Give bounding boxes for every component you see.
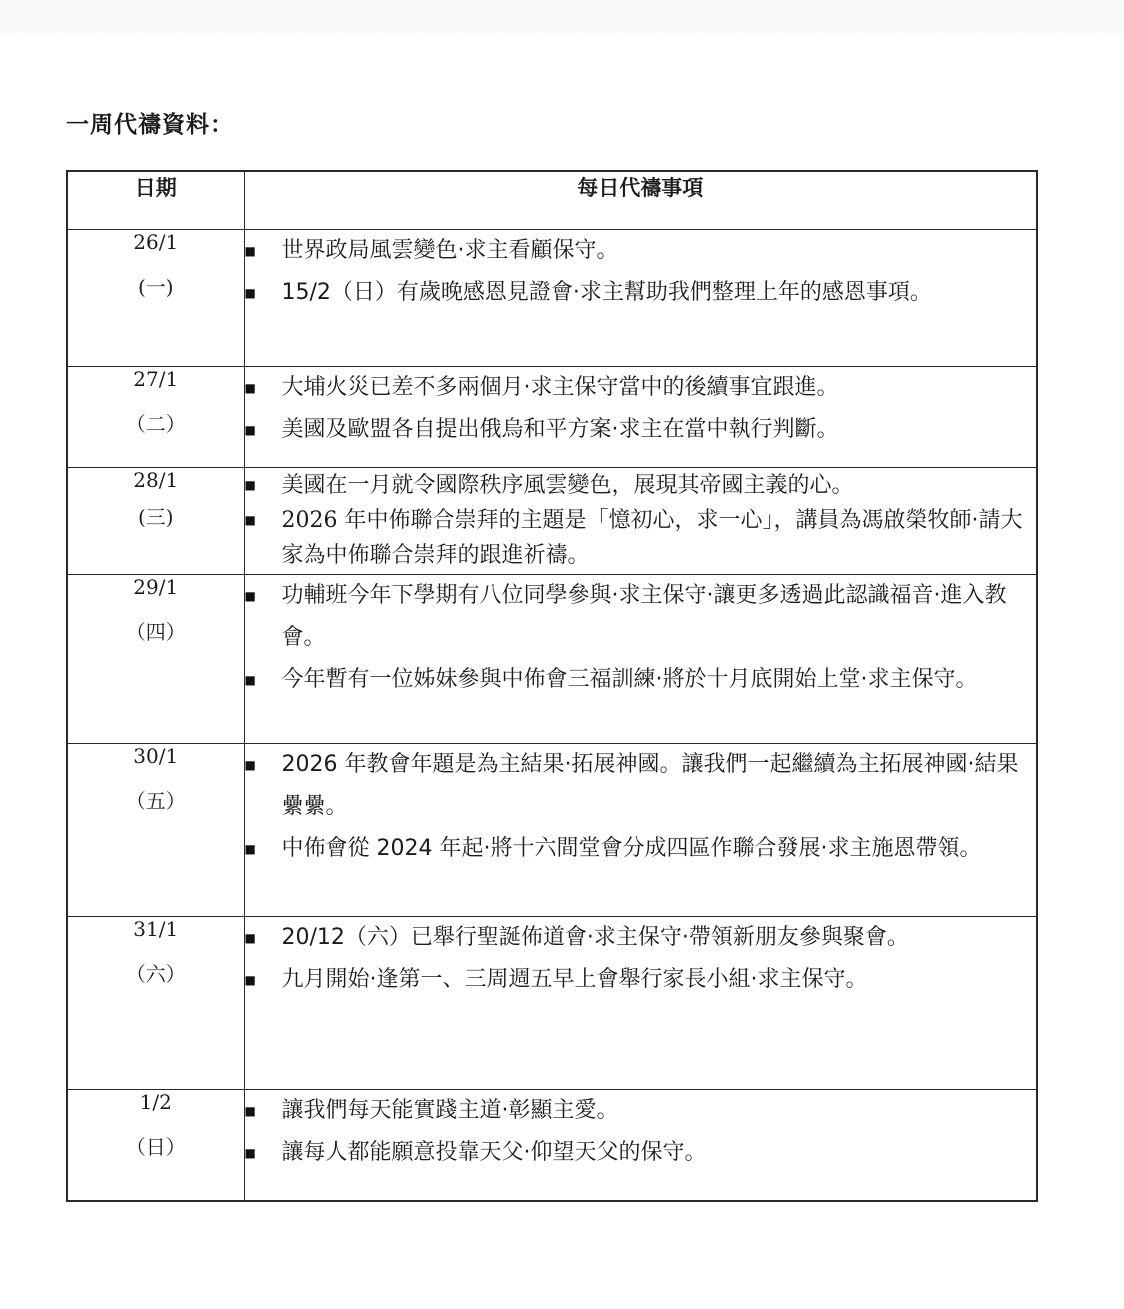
- bullet-square-icon: ■: [245, 959, 282, 1001]
- prayer-item-text: 美國在一月就令國際秩序風雲變色，展現其帝國主義的心。: [282, 468, 1037, 503]
- weekday-label: (三): [68, 501, 244, 530]
- bullet-square-icon: ■: [245, 503, 282, 538]
- weekday-label: （六）: [68, 958, 244, 987]
- weekday-label: (一): [68, 271, 244, 300]
- prayer-item: ■ 九月開始·逢第一、三周週五早上會舉行家長小組·求主保守。: [245, 959, 1037, 1001]
- table-row: 1/2 （日） ■ 讓我們每天能實踐主道·彰顯主愛。 ■ 讓每人都能願意投靠天父…: [67, 1090, 1037, 1202]
- weekday-label: （五）: [68, 785, 244, 814]
- date-label: 30/1: [133, 744, 178, 768]
- date-label: 29/1: [133, 575, 178, 599]
- prayer-item: ■ 15/2（日）有歲晚感恩見證會·求主幫助我們整理上年的感恩事項。: [245, 272, 1037, 314]
- prayer-item: ■ 2026 年教會年題是為主結果·拓展神國。讓我們一起繼續為主拓展神國·結果纍…: [245, 744, 1037, 828]
- date-label: 31/1: [133, 917, 178, 941]
- prayer-item-text-serif-part: 2026 年中佈聯合崇拜的主題是「憶初心，求一心」，講員為馮: [282, 508, 884, 533]
- bullet-square-icon: ■: [245, 828, 282, 870]
- prayer-item-text: 讓每人都能願意投靠天父·仰望天父的保守。: [282, 1132, 1037, 1174]
- table-row: 30/1 （五） ■ 2026 年教會年題是為主結果·拓展神國。讓我們一起繼續為…: [67, 744, 1037, 917]
- column-header-date: 日期: [67, 171, 244, 230]
- table-row: 27/1 （二） ■ 大埔火災已差不多兩個月·求主保守當中的後續事宜跟進。 ■ …: [67, 367, 1037, 468]
- prayer-items-cell: ■ 世界政局風雲變色·求主看顧保守。 ■ 15/2（日）有歲晚感恩見證會·求主幫…: [244, 230, 1037, 367]
- prayer-item-text: 美國及歐盟各自提出俄烏和平方案·求主在當中執行判斷。: [282, 409, 1037, 451]
- prayer-item-text: 中佈會從 2024 年起·將十六間堂會分成四區作聯合發展·求主施恩帶領。: [282, 828, 1037, 870]
- bullet-square-icon: ■: [245, 1090, 282, 1132]
- prayer-item: ■ 美國及歐盟各自提出俄烏和平方案·求主在當中執行判斷。: [245, 409, 1037, 451]
- prayer-item: ■ 今年暫有一位姊妹參與中佈會三福訓練·將於十月底開始上堂·求主保守。: [245, 659, 1037, 701]
- prayer-item-text: 2026 年教會年題是為主結果·拓展神國。讓我們一起繼續為主拓展神國·結果纍纍。: [282, 744, 1037, 828]
- prayer-item-text: 2026 年中佈聯合崇拜的主題是「憶初心，求一心」，講員為馮啟榮牧師·請大家為中…: [282, 503, 1037, 573]
- prayer-item-text: 功輔班今年下學期有八位同學參與·求主保守·讓更多透過此認識福音·進入教會。: [282, 575, 1037, 659]
- table-row: 26/1 (一) ■ 世界政局風雲變色·求主看顧保守。 ■ 15/2（日）有歲晚…: [67, 230, 1037, 367]
- prayer-item: ■ 世界政局風雲變色·求主看顧保守。: [245, 230, 1037, 272]
- prayer-item: ■ 功輔班今年下學期有八位同學參與·求主保守·讓更多透過此認識福音·進入教會。: [245, 575, 1037, 659]
- table-row: 28/1 (三) ■ 美國在一月就令國際秩序風雲變色，展現其帝國主義的心。 ■ …: [67, 468, 1037, 575]
- bullet-square-icon: ■: [245, 367, 282, 409]
- prayer-item: ■ 讓我們每天能實踐主道·彰顯主愛。: [245, 1090, 1037, 1132]
- weekly-prayer-table: 日期 每日代禱事項 26/1 (一) ■ 世界政局風雲變色·求主看顧保守。 ■ …: [66, 170, 1038, 1202]
- prayer-item: ■ 2026 年中佈聯合崇拜的主題是「憶初心，求一心」，講員為馮啟榮牧師·請大家…: [245, 503, 1037, 573]
- prayer-item-text: 大埔火災已差不多兩個月·求主保守當中的後續事宜跟進。: [282, 367, 1037, 409]
- prayer-items-cell: ■ 2026 年教會年題是為主結果·拓展神國。讓我們一起繼續為主拓展神國·結果纍…: [244, 744, 1037, 917]
- date-label: 26/1: [133, 230, 178, 254]
- prayer-item-text: 20/12（六）已舉行聖誕佈道會·求主保守·帶領新朋友參與聚會。: [282, 917, 1037, 959]
- weekday-label: （二）: [68, 408, 244, 437]
- prayer-item: ■ 中佈會從 2024 年起·將十六間堂會分成四區作聯合發展·求主施恩帶領。: [245, 828, 1037, 870]
- prayer-item: ■ 20/12（六）已舉行聖誕佈道會·求主保守·帶領新朋友參與聚會。: [245, 917, 1037, 959]
- prayer-item-text: 15/2（日）有歲晚感恩見證會·求主幫助我們整理上年的感恩事項。: [282, 272, 1037, 314]
- prayer-items-cell: ■ 功輔班今年下學期有八位同學參與·求主保守·讓更多透過此認識福音·進入教會。 …: [244, 575, 1037, 744]
- prayer-items-cell: ■ 美國在一月就令國際秩序風雲變色，展現其帝國主義的心。 ■ 2026 年中佈聯…: [244, 468, 1037, 575]
- table-header-row: 日期 每日代禱事項: [67, 171, 1037, 230]
- bullet-square-icon: ■: [245, 272, 282, 314]
- page-title: 一周代禱資料：: [66, 106, 234, 139]
- date-cell: 28/1 (三): [67, 468, 244, 575]
- bullet-square-icon: ■: [245, 917, 282, 959]
- date-label: 1/2: [140, 1090, 172, 1114]
- prayer-item-text: 世界政局風雲變色·求主看顧保守。: [282, 230, 1037, 272]
- date-cell: 30/1 （五）: [67, 744, 244, 917]
- prayer-items-cell: ■ 大埔火災已差不多兩個月·求主保守當中的後續事宜跟進。 ■ 美國及歐盟各自提出…: [244, 367, 1037, 468]
- bullet-square-icon: ■: [245, 659, 282, 701]
- paper-torn-edge: [0, 30, 1124, 39]
- prayer-item: ■ 讓每人都能願意投靠天父·仰望天父的保守。: [245, 1132, 1037, 1174]
- bullet-square-icon: ■: [245, 468, 282, 503]
- weekday-label: （四）: [68, 616, 244, 645]
- prayer-item: ■ 大埔火災已差不多兩個月·求主保守當中的後續事宜跟進。: [245, 367, 1037, 409]
- bullet-square-icon: ■: [245, 230, 282, 272]
- prayer-item-text: 讓我們每天能實踐主道·彰顯主愛。: [282, 1090, 1037, 1132]
- column-header-items: 每日代禱事項: [244, 171, 1037, 230]
- table-row: 31/1 （六） ■ 20/12（六）已舉行聖誕佈道會·求主保守·帶領新朋友參與…: [67, 917, 1037, 1090]
- date-cell: 27/1 （二）: [67, 367, 244, 468]
- date-label: 28/1: [133, 468, 178, 492]
- bullet-square-icon: ■: [245, 575, 282, 617]
- prayer-item-text: 九月開始·逢第一、三周週五早上會舉行家長小組·求主保守。: [282, 959, 1037, 1001]
- date-cell: 29/1 （四）: [67, 575, 244, 744]
- previous-page-edge: [0, 0, 1124, 30]
- date-cell: 31/1 （六）: [67, 917, 244, 1090]
- bullet-square-icon: ■: [245, 744, 282, 786]
- weekday-label: （日）: [68, 1131, 244, 1160]
- bullet-square-icon: ■: [245, 409, 282, 451]
- prayer-item: ■ 美國在一月就令國際秩序風雲變色，展現其帝國主義的心。: [245, 468, 1037, 503]
- date-label: 27/1: [133, 367, 178, 391]
- prayer-items-cell: ■ 20/12（六）已舉行聖誕佈道會·求主保守·帶領新朋友參與聚會。 ■ 九月開…: [244, 917, 1037, 1090]
- bullet-square-icon: ■: [245, 1132, 282, 1174]
- date-cell: 26/1 (一): [67, 230, 244, 367]
- date-cell: 1/2 （日）: [67, 1090, 244, 1202]
- prayer-items-cell: ■ 讓我們每天能實踐主道·彰顯主愛。 ■ 讓每人都能願意投靠天父·仰望天父的保守…: [244, 1090, 1037, 1202]
- table-row: 29/1 （四） ■ 功輔班今年下學期有八位同學參與·求主保守·讓更多透過此認識…: [67, 575, 1037, 744]
- prayer-item-text: 今年暫有一位姊妹參與中佈會三福訓練·將於十月底開始上堂·求主保守。: [282, 659, 1037, 701]
